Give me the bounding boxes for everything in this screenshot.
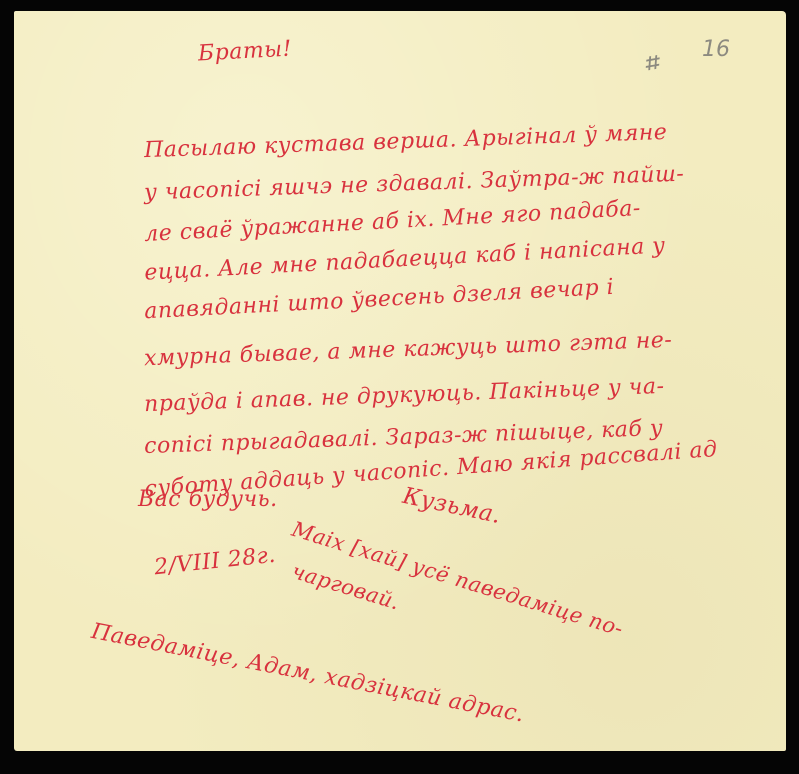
archive-crossed-mark: ⌗ [642, 48, 660, 78]
letter-line: хмурна бывае, а мне кажуць што гэта не- [144, 328, 673, 371]
letter-postscript: Паведаміце, Адам, хадзіцкай адрас. [89, 619, 526, 728]
letter-signature: Кузьма. [400, 483, 503, 529]
letter-greeting: Браты! [197, 37, 292, 67]
letter-paper: ⌗ 16 Браты! Пасылаю кустава верша. Арыгі… [14, 11, 786, 751]
letter-line: Пасылаю кустава верша. Арыгінал ў мяне [144, 120, 668, 163]
letter-line: апавяданні што ўвесень дзеля вечар і [144, 275, 615, 325]
letter-date: 2/VIII 28г. [153, 543, 277, 581]
letter-line: Вас будучь. [138, 487, 278, 512]
archive-page-number: 16 [702, 37, 730, 62]
letter-line: праўда і апав. не друкуюць. Пакіньце у ч… [144, 374, 665, 417]
